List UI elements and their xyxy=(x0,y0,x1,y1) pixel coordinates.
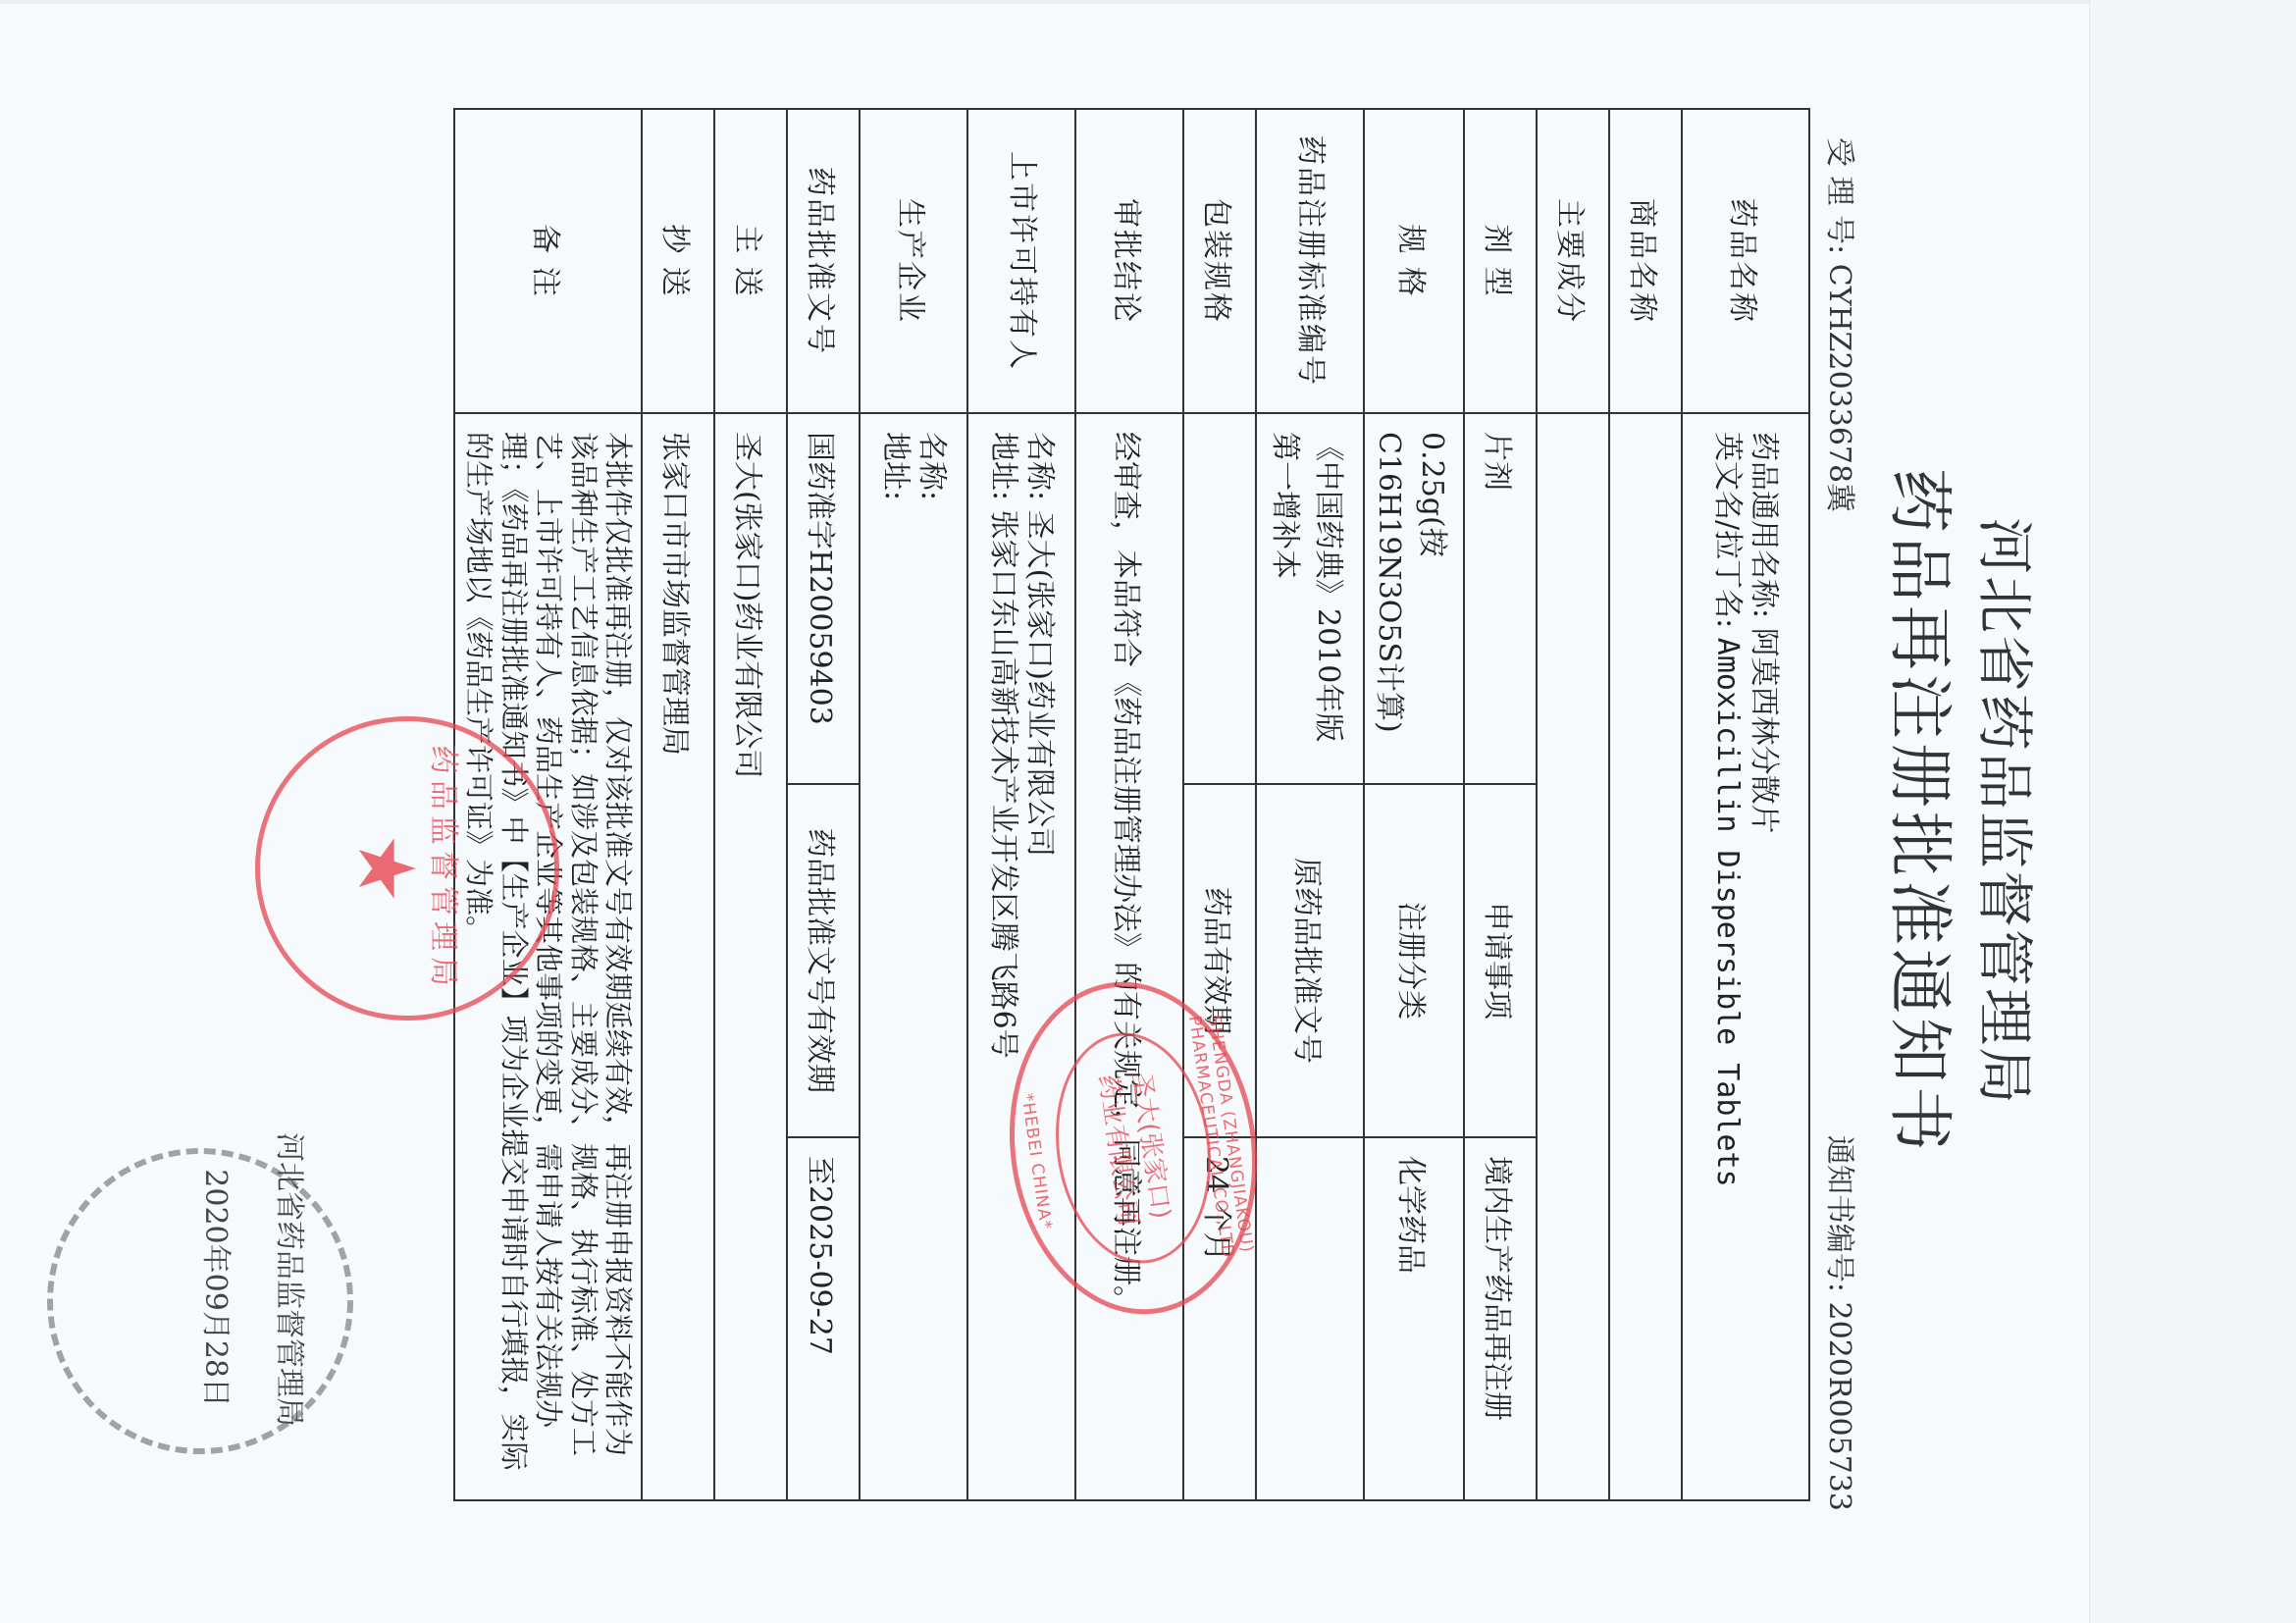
company-seal-bottom-text: *HEBEI CHINA* xyxy=(1017,1092,1055,1231)
manufacturer-address-label: 地址: xyxy=(878,432,913,500)
label-drug-name: 药品名称 xyxy=(1682,109,1809,413)
generic-name-label: 药品通用名称: xyxy=(1748,432,1782,618)
value-conclusion: 经审查，本品符合《药品注册管理办法》的有关规定，同意再注册。 xyxy=(1075,413,1183,1500)
label-application-item: 申请事项 xyxy=(1464,784,1537,1137)
value-main-ingredient xyxy=(1537,413,1609,1500)
agency-seal: 药品监督管理局 ★ xyxy=(255,716,559,1021)
mah-name-value: 圣大(张家口)药业有限公司 xyxy=(1023,510,1058,857)
label-main-ingredient: 主要成分 xyxy=(1537,109,1609,413)
row-drug-name: 药品名称 药品通用名称: 阿莫西林分散片 英文名/拉丁名: Amoxicilli… xyxy=(1682,109,1809,1500)
label-mah: 上市许可持有人 xyxy=(967,109,1075,413)
label-specification: 规 格 xyxy=(1364,109,1464,413)
label-conclusion: 审批结论 xyxy=(1075,109,1183,413)
label-cc: 抄 送 xyxy=(642,109,714,413)
label-original-approval-no: 原药品批准文号 xyxy=(1256,784,1364,1137)
label-registration-class: 注册分类 xyxy=(1364,784,1464,1137)
value-manufacturer: 名称: 地址: xyxy=(860,413,967,1500)
label-manufacturer: 生产企业 xyxy=(860,109,967,413)
row-specification: 规 格 0.25g(按C16H19N3O5S计算) 注册分类 化学药品 xyxy=(1364,109,1464,1500)
row-mah: 上市许可持有人 名称: 圣大(张家口)药业有限公司 地址: 张家口东山高新技术产… xyxy=(967,109,1075,1500)
mah-address-value: 张家口东山高新技术产业开发区腾飞路6号 xyxy=(986,510,1020,1059)
value-original-approval-no xyxy=(1256,1137,1364,1500)
label-standard-no: 药品注册标准编号 xyxy=(1256,109,1364,413)
row-cc: 抄 送 张家口市市场监督管理局 xyxy=(642,109,714,1500)
official-stamp-gray xyxy=(47,1148,353,1454)
notice-page: 河北省药品监督管理局 药品再注册批准通知书 受 理 号: CYHZ2033678… xyxy=(0,0,2296,1623)
label-approval-no: 药品批准文号 xyxy=(787,109,860,413)
value-application-item: 境内生产药品再注册 xyxy=(1464,1137,1537,1500)
value-approval-no: 国药准字H20059403 xyxy=(787,413,860,784)
mah-name-label: 名称: xyxy=(1023,432,1058,500)
row-main-recipient: 主 送 圣大(张家口)药业有限公司 xyxy=(714,109,787,1500)
notice-label: 通知书编号: xyxy=(1822,1135,1856,1292)
value-standard-no: 《中国药典》2010年版第一增补本 xyxy=(1256,413,1364,784)
acceptance-number: 受 理 号: CYHZ2033678冀 xyxy=(1821,137,1864,512)
row-manufacturer: 生产企业 名称: 地址: xyxy=(860,109,967,1500)
document-title: 药品再注册批准通知书 xyxy=(1879,0,1972,1623)
value-dosage-form: 片剂 xyxy=(1464,413,1537,784)
issuing-agency-heading: 河北省药品监督管理局 xyxy=(1968,0,2051,1623)
generic-name-value: 阿莫西林分散片 xyxy=(1748,628,1782,834)
value-trade-name xyxy=(1609,413,1682,1500)
label-packaging: 包装规格 xyxy=(1183,109,1256,413)
value-packaging xyxy=(1183,413,1256,784)
row-main-ingredient: 主要成分 xyxy=(1537,109,1609,1500)
value-specification: 0.25g(按C16H19N3O5S计算) xyxy=(1364,413,1464,784)
value-drug-name: 药品通用名称: 阿莫西林分散片 英文名/拉丁名: Amoxicillin Dis… xyxy=(1682,413,1809,1500)
label-remarks: 备 注 xyxy=(454,109,642,413)
notice-number: 通知书编号: 2020R005733 xyxy=(1821,1135,1864,1511)
row-standard-no: 药品注册标准编号 《中国药典》2010年版第一增补本 原药品批准文号 xyxy=(1256,109,1364,1500)
row-dosage-form: 剂 型 片剂 申请事项 境内生产药品再注册 xyxy=(1464,109,1537,1500)
label-main-recipient: 主 送 xyxy=(714,109,787,413)
value-registration-class: 化学药品 xyxy=(1364,1137,1464,1500)
label-trade-name: 商品名称 xyxy=(1609,109,1682,413)
notice-value: 2020R005733 xyxy=(1822,1302,1856,1511)
acceptance-value: CYHZ2033678冀 xyxy=(1822,264,1856,512)
value-approval-validity: 至2025-09-27 xyxy=(787,1137,860,1500)
star-icon: ★ xyxy=(346,833,425,904)
acceptance-label: 受 理 号: xyxy=(1822,137,1856,254)
row-approval-no: 药品批准文号 国药准字H20059403 药品批准文号有效期 至2025-09-… xyxy=(787,109,860,1500)
english-name-value: Amoxicillin Dispersible Tablets xyxy=(1710,638,1745,1187)
manufacturer-name-label: 名称: xyxy=(915,432,950,500)
english-name-label: 英文名/拉丁名: xyxy=(1710,432,1745,628)
mah-address-label: 地址: xyxy=(986,432,1020,500)
label-dosage-form: 剂 型 xyxy=(1464,109,1537,413)
row-trade-name: 商品名称 xyxy=(1609,109,1682,1500)
value-mah: 名称: 圣大(张家口)药业有限公司 地址: 张家口东山高新技术产业开发区腾飞路6… xyxy=(967,413,1075,1500)
label-approval-validity: 药品批准文号有效期 xyxy=(787,784,860,1137)
value-cc: 张家口市市场监督管理局 xyxy=(642,413,714,1500)
value-main-recipient: 圣大(张家口)药业有限公司 xyxy=(714,413,787,1500)
